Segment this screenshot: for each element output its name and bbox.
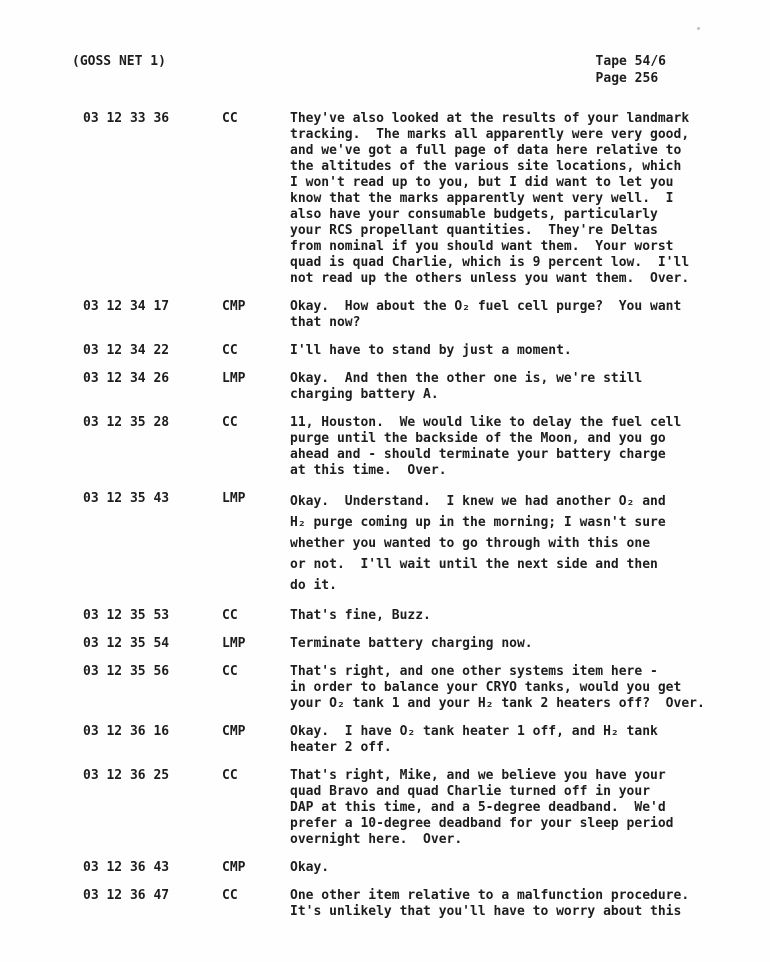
entry-text: Okay. How about the O₂ fuel cell purge? … xyxy=(290,299,712,331)
entry-time: 03 12 35 53 xyxy=(83,608,222,624)
transcript-entry: 03 12 34 26 LMP Okay. And then the other… xyxy=(0,371,770,403)
entry-time: 03 12 34 22 xyxy=(83,343,222,359)
document-page: (GOSS NET 1) Tape 54/6 Page 256 03 12 33… xyxy=(0,0,770,962)
entry-text: 11, Houston. We would like to delay the … xyxy=(290,415,712,479)
entry-speaker: CC xyxy=(222,415,290,479)
scan-speck xyxy=(697,27,700,30)
entry-time: 03 12 35 56 xyxy=(83,664,222,712)
entry-speaker: CMP xyxy=(222,724,290,756)
entry-text: One other item relative to a malfunction… xyxy=(290,888,712,920)
entry-time: 03 12 35 28 xyxy=(83,415,222,479)
tape-label: Tape 54/6 xyxy=(596,53,666,70)
transcript-entry: 03 12 35 28 CC 11, Houston. We would lik… xyxy=(0,415,770,479)
transcript-entry: 03 12 34 22 CC I'll have to stand by jus… xyxy=(0,343,770,359)
entry-speaker: CC xyxy=(222,343,290,359)
entry-time: 03 12 35 43 xyxy=(83,491,222,596)
entry-text: That's right, Mike, and we believe you h… xyxy=(290,768,712,848)
entry-text: I'll have to stand by just a moment. xyxy=(290,343,712,359)
entry-time: 03 12 35 54 xyxy=(83,636,222,652)
net-label: (GOSS NET 1) xyxy=(72,53,166,70)
entry-time: 03 12 33 36 xyxy=(83,111,222,287)
entry-speaker: LMP xyxy=(222,491,290,596)
entry-text: Okay. I have O₂ tank heater 1 off, and H… xyxy=(290,724,712,756)
transcript-entry: 03 12 35 56 CC That's right, and one oth… xyxy=(0,664,770,712)
entry-text: That's fine, Buzz. xyxy=(290,608,712,624)
tape-page-block: Tape 54/6 Page 256 xyxy=(596,53,666,87)
entry-time: 03 12 36 25 xyxy=(83,768,222,848)
entry-text: Okay. xyxy=(290,860,712,876)
transcript-entry: 03 12 33 36 CC They've also looked at th… xyxy=(0,111,770,287)
entry-speaker: LMP xyxy=(222,371,290,403)
transcript-entry: 03 12 35 54 LMP Terminate battery chargi… xyxy=(0,636,770,652)
entry-speaker: CC xyxy=(222,888,290,920)
entry-speaker: LMP xyxy=(222,636,290,652)
entry-time: 03 12 36 16 xyxy=(83,724,222,756)
entry-time: 03 12 36 47 xyxy=(83,888,222,920)
entry-text: Terminate battery charging now. xyxy=(290,636,712,652)
entry-time: 03 12 34 17 xyxy=(83,299,222,331)
entry-time: 03 12 34 26 xyxy=(83,371,222,403)
entry-text: That's right, and one other systems item… xyxy=(290,664,712,712)
entry-time: 03 12 36 43 xyxy=(83,860,222,876)
transcript-entry: 03 12 36 47 CC One other item relative t… xyxy=(0,888,770,920)
transcript-entry: 03 12 36 16 CMP Okay. I have O₂ tank hea… xyxy=(0,724,770,756)
entry-speaker: CC xyxy=(222,768,290,848)
entry-speaker: CC xyxy=(222,111,290,287)
transcript: 03 12 33 36 CC They've also looked at th… xyxy=(0,111,770,920)
entry-speaker: CC xyxy=(222,608,290,624)
entry-speaker: CC xyxy=(222,664,290,712)
entry-speaker: CMP xyxy=(222,860,290,876)
transcript-entry: 03 12 35 43 LMP Okay. Understand. I knew… xyxy=(0,491,770,596)
page-number-label: Page 256 xyxy=(596,70,666,87)
transcript-entry: 03 12 35 53 CC That's fine, Buzz. xyxy=(0,608,770,624)
entry-text: Okay. Understand. I knew we had another … xyxy=(290,491,712,596)
transcript-entry: 03 12 36 43 CMP Okay. xyxy=(0,860,770,876)
entry-text: Okay. And then the other one is, we're s… xyxy=(290,371,712,403)
entry-speaker: CMP xyxy=(222,299,290,331)
page-header: (GOSS NET 1) Tape 54/6 Page 256 xyxy=(0,0,770,87)
entry-text: They've also looked at the results of yo… xyxy=(290,111,712,287)
transcript-entry: 03 12 36 25 CC That's right, Mike, and w… xyxy=(0,768,770,848)
transcript-entry: 03 12 34 17 CMP Okay. How about the O₂ f… xyxy=(0,299,770,331)
